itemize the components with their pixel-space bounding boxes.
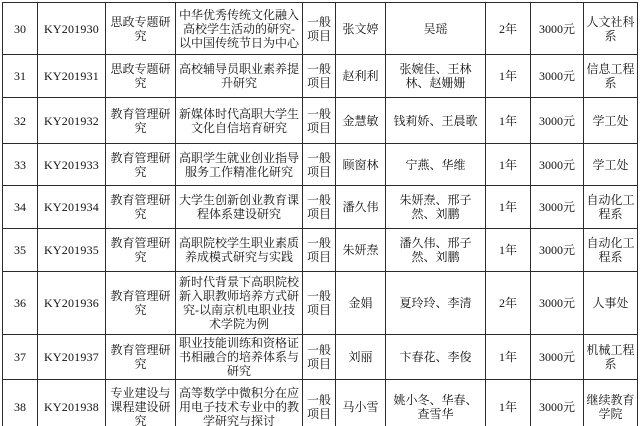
cell-leader: 顾窗林 bbox=[336, 144, 386, 186]
table-row: 34KY201934教育管理研究大学生创新创业教育课程体系建设研究一般项目潘久伟… bbox=[3, 186, 638, 229]
research-projects-table: 30KY201930思政专题研究中华优秀传统文化融入高校学生活动的研究-以中国传… bbox=[2, 2, 638, 426]
cell-funding: 3000元 bbox=[531, 144, 584, 186]
cell-leader: 刘丽 bbox=[336, 335, 386, 380]
cell-seq: 38 bbox=[3, 380, 38, 426]
cell-project-id: KY201930 bbox=[38, 3, 106, 55]
cell-project-id: KY201936 bbox=[38, 272, 106, 335]
cell-project-type: 一般项目 bbox=[303, 3, 336, 55]
cell-members: 朱妍焘、邢子然、刘鹏 bbox=[386, 186, 486, 229]
cell-duration: 1年 bbox=[486, 98, 531, 144]
cell-project-type: 一般项目 bbox=[303, 335, 336, 380]
cell-department: 信息工程系 bbox=[584, 55, 638, 98]
cell-duration: 2年 bbox=[486, 3, 531, 55]
cell-members: 吴瑶 bbox=[386, 3, 486, 55]
cell-project-id: KY201931 bbox=[38, 55, 106, 98]
cell-leader: 朱妍焘 bbox=[336, 229, 386, 272]
cell-funding: 3000元 bbox=[531, 272, 584, 335]
cell-members: 卞春花、李俊 bbox=[386, 335, 486, 380]
cell-leader: 潘久伟 bbox=[336, 186, 386, 229]
cell-funding: 3000元 bbox=[531, 98, 584, 144]
cell-duration: 1年 bbox=[486, 229, 531, 272]
table-row: 33KY201933教育管理研究高职学生就业创业指导服务工作精准化研究一般项目顾… bbox=[3, 144, 638, 186]
cell-leader: 金娟 bbox=[336, 272, 386, 335]
cell-project-title: 高职学生就业创业指导服务工作精准化研究 bbox=[176, 144, 303, 186]
document-page: 30KY201930思政专题研究中华优秀传统文化融入高校学生活动的研究-以中国传… bbox=[0, 0, 640, 426]
cell-seq: 33 bbox=[3, 144, 38, 186]
cell-department: 人事处 bbox=[584, 272, 638, 335]
table-row: 30KY201930思政专题研究中华优秀传统文化融入高校学生活动的研究-以中国传… bbox=[3, 3, 638, 55]
cell-seq: 30 bbox=[3, 3, 38, 55]
table-row: 38KY201938专业建设与课程建设研究高等数学中微积分在应用电子技术专业中的… bbox=[3, 380, 638, 426]
cell-seq: 37 bbox=[3, 335, 38, 380]
cell-project-type: 一般项目 bbox=[303, 98, 336, 144]
cell-members: 宁燕、华维 bbox=[386, 144, 486, 186]
projects-table-body: 30KY201930思政专题研究中华优秀传统文化融入高校学生活动的研究-以中国传… bbox=[3, 3, 638, 426]
cell-research-category: 专业建设与课程建设研究 bbox=[106, 380, 176, 426]
cell-project-title: 高等数学中微积分在应用电子技术专业中的教学研究与探讨 bbox=[176, 380, 303, 426]
cell-research-category: 教育管理研究 bbox=[106, 335, 176, 380]
cell-project-title: 职业技能训练和资格证书相融合的培养体系与研究 bbox=[176, 335, 303, 380]
cell-research-category: 教育管理研究 bbox=[106, 229, 176, 272]
cell-duration: 1年 bbox=[486, 186, 531, 229]
table-row: 37KY201937教育管理研究职业技能训练和资格证书相融合的培养体系与研究一般… bbox=[3, 335, 638, 380]
cell-members: 钱莉娇、王晨歌 bbox=[386, 98, 486, 144]
cell-funding: 3000元 bbox=[531, 380, 584, 426]
cell-research-category: 思政专题研究 bbox=[106, 3, 176, 55]
cell-project-title: 高校辅导员职业素养提升研究 bbox=[176, 55, 303, 98]
table-row: 31KY201931思政专题研究高校辅导员职业素养提升研究一般项目赵利利张婉佳、… bbox=[3, 55, 638, 98]
cell-department: 自动化工程系 bbox=[584, 229, 638, 272]
cell-project-type: 一般项目 bbox=[303, 144, 336, 186]
cell-leader: 金慧敏 bbox=[336, 98, 386, 144]
cell-project-type: 一般项目 bbox=[303, 229, 336, 272]
cell-funding: 3000元 bbox=[531, 335, 584, 380]
cell-project-id: KY201935 bbox=[38, 229, 106, 272]
cell-funding: 3000元 bbox=[531, 229, 584, 272]
cell-project-type: 一般项目 bbox=[303, 272, 336, 335]
cell-project-title: 高职院校学生职业素质养成模式研究与实践 bbox=[176, 229, 303, 272]
cell-department: 自动化工程系 bbox=[584, 186, 638, 229]
cell-members: 姚小冬、华春、查雪华 bbox=[386, 380, 486, 426]
cell-seq: 35 bbox=[3, 229, 38, 272]
cell-members: 张婉佳、王林林、赵姗姗 bbox=[386, 55, 486, 98]
cell-duration: 2年 bbox=[486, 272, 531, 335]
cell-seq: 32 bbox=[3, 98, 38, 144]
cell-leader: 张文婷 bbox=[336, 3, 386, 55]
cell-funding: 3000元 bbox=[531, 3, 584, 55]
cell-funding: 3000元 bbox=[531, 55, 584, 98]
cell-project-id: KY201934 bbox=[38, 186, 106, 229]
cell-duration: 1年 bbox=[486, 144, 531, 186]
cell-project-id: KY201933 bbox=[38, 144, 106, 186]
table-row: 36KY201936教育管理研究新时代背景下高职院校新入职教师培养方式研究-以南… bbox=[3, 272, 638, 335]
cell-project-id: KY201937 bbox=[38, 335, 106, 380]
cell-department: 学工处 bbox=[584, 144, 638, 186]
cell-duration: 1年 bbox=[486, 380, 531, 426]
cell-research-category: 教育管理研究 bbox=[106, 186, 176, 229]
cell-leader: 马小雪 bbox=[336, 380, 386, 426]
cell-project-title: 中华优秀传统文化融入高校学生活动的研究-以中国传统节日为中心 bbox=[176, 3, 303, 55]
cell-members: 夏玲玲、李清 bbox=[386, 272, 486, 335]
cell-department: 机械工程系 bbox=[584, 335, 638, 380]
cell-seq: 31 bbox=[3, 55, 38, 98]
cell-department: 继续教育学院 bbox=[584, 380, 638, 426]
cell-seq: 34 bbox=[3, 186, 38, 229]
table-row: 32KY201932教育管理研究新媒体时代高职大学生文化自信培育研究一般项目金慧… bbox=[3, 98, 638, 144]
cell-duration: 1年 bbox=[486, 335, 531, 380]
cell-seq: 36 bbox=[3, 272, 38, 335]
cell-project-id: KY201932 bbox=[38, 98, 106, 144]
cell-research-category: 教育管理研究 bbox=[106, 144, 176, 186]
cell-research-category: 教育管理研究 bbox=[106, 272, 176, 335]
cell-project-type: 一般项目 bbox=[303, 55, 336, 98]
cell-leader: 赵利利 bbox=[336, 55, 386, 98]
cell-project-title: 新媒体时代高职大学生文化自信培育研究 bbox=[176, 98, 303, 144]
cell-project-title: 新时代背景下高职院校新入职教师培养方式研究-以南京机电职业技术学院为例 bbox=[176, 272, 303, 335]
cell-department: 学工处 bbox=[584, 98, 638, 144]
cell-research-category: 思政专题研究 bbox=[106, 55, 176, 98]
cell-project-title: 大学生创新创业教育课程体系建设研究 bbox=[176, 186, 303, 229]
cell-project-type: 一般项目 bbox=[303, 186, 336, 229]
cell-research-category: 教育管理研究 bbox=[106, 98, 176, 144]
cell-department: 人文社科系 bbox=[584, 3, 638, 55]
cell-funding: 3000元 bbox=[531, 186, 584, 229]
cell-duration: 1年 bbox=[486, 55, 531, 98]
table-row: 35KY201935教育管理研究高职院校学生职业素质养成模式研究与实践一般项目朱… bbox=[3, 229, 638, 272]
cell-members: 潘久伟、邢子然、刘鹏 bbox=[386, 229, 486, 272]
cell-project-id: KY201938 bbox=[38, 380, 106, 426]
cell-project-type: 一般项目 bbox=[303, 380, 336, 426]
